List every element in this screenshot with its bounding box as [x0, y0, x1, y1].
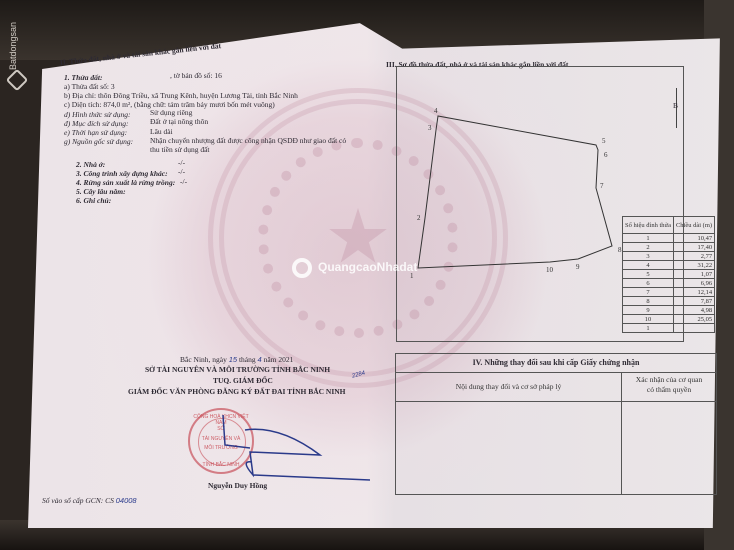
vertex-label: 7	[600, 182, 604, 190]
segment-length: 10,47	[673, 234, 714, 243]
col-segment-header: Số hiệu đỉnh thửa	[623, 217, 674, 234]
segment-length-table: Số hiệu đỉnh thửa Chiều dài (m) 110,4721…	[622, 216, 715, 333]
segment-number: 6	[623, 279, 674, 288]
segment-row: 1025,05	[623, 315, 715, 324]
segment-number: 4	[623, 261, 674, 270]
col-authority-line1: Xác nhận của cơ quan	[622, 375, 716, 385]
vertex-label: 4	[434, 107, 438, 115]
segment-number: 3	[623, 252, 674, 261]
segment-length: 4,98	[673, 306, 714, 315]
segment-length: 25,05	[673, 315, 714, 324]
col-length-header: Chiều dài (m)	[673, 217, 714, 234]
segment-row: 94,98	[623, 306, 715, 315]
segment-row: 431,22	[623, 261, 715, 270]
segment-row: 217,40	[623, 243, 715, 252]
section-4-title: IV. Những thay đổi sau khi cấp Giấy chứn…	[396, 354, 716, 373]
segment-row: 66,96	[623, 279, 715, 288]
col-change-content: Nội dung thay đổi và cơ sở pháp lý	[396, 373, 622, 401]
segment-number: 7	[623, 288, 674, 297]
quangcaonhadat-text: QuangcaoNhadat	[318, 260, 417, 274]
segment-row: 1	[623, 324, 715, 333]
segment-row: 110,47	[623, 234, 715, 243]
segment-length: 1,07	[673, 270, 714, 279]
segment-number: 10	[623, 315, 674, 324]
segment-number: 5	[623, 270, 674, 279]
segment-row: 51,07	[623, 270, 715, 279]
segment-number: 1	[623, 324, 674, 333]
vertex-label: 3	[428, 124, 432, 132]
segment-length: 17,40	[673, 243, 714, 252]
vertex-label: 5	[602, 137, 606, 145]
segment-length: 6,96	[673, 279, 714, 288]
segment-length: 7,87	[673, 297, 714, 306]
vertex-label: 9	[576, 263, 580, 271]
segment-number: 9	[623, 306, 674, 315]
col-authority-line2: có thẩm quyền	[622, 385, 716, 395]
segment-number: 2	[623, 243, 674, 252]
column-divider	[621, 401, 622, 494]
quangcaonhadat-logo-icon	[292, 258, 312, 278]
changes-table: IV. Những thay đổi sau khi cấp Giấy chứn…	[395, 353, 717, 495]
segment-number: 1	[623, 234, 674, 243]
quangcaonhadat-watermark: QuangcaoNhadat	[292, 258, 417, 278]
segment-number: 8	[623, 297, 674, 306]
segment-length	[673, 324, 714, 333]
segment-length: 2,77	[673, 252, 714, 261]
segment-row: 712,14	[623, 288, 715, 297]
col-authority-confirm: Xác nhận của cơ quan có thẩm quyền	[622, 375, 716, 395]
segment-length: 12,14	[673, 288, 714, 297]
segment-row: 87,87	[623, 297, 715, 306]
vertex-label: 2	[417, 214, 421, 222]
segment-row: 32,77	[623, 252, 715, 261]
vertex-label: 6	[604, 151, 608, 159]
vertex-label: 10	[546, 266, 554, 274]
segment-length: 31,22	[673, 261, 714, 270]
